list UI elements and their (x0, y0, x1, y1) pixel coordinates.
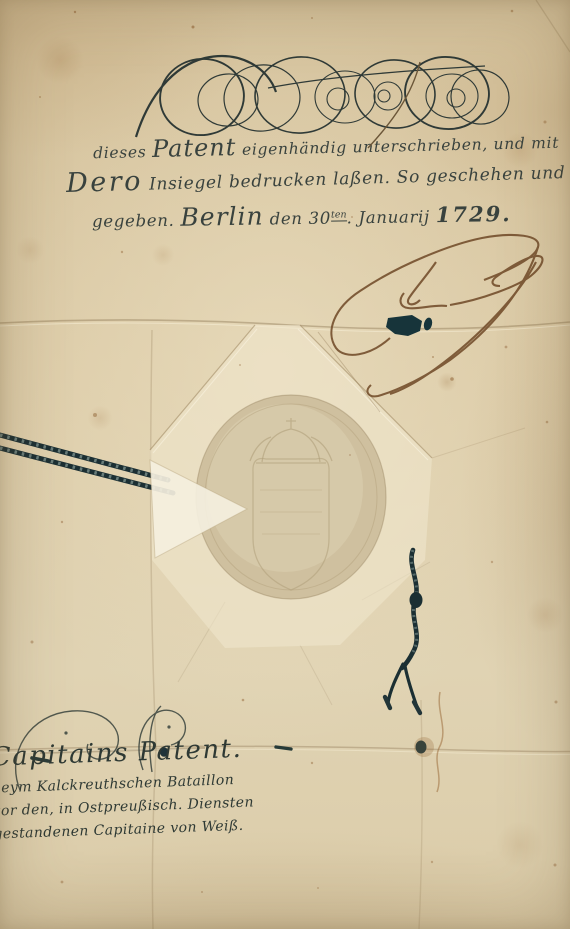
seal-paper-flap (150, 325, 432, 648)
fold-crease-horizontal-upper (0, 320, 570, 332)
line3-pre: gegeben. (92, 211, 181, 231)
line2-post: Insiegel bedrucken laßen. So geschehen u… (143, 163, 566, 195)
line3-post: . Januarij (346, 207, 436, 227)
line3-date: den 30 (264, 209, 332, 229)
docket-title: Capitains Patent. (0, 733, 252, 772)
body-text-line-3: gegeben. Berlin den 30ten. Januarij 1729… (92, 198, 512, 233)
seal-shield-emboss (253, 459, 329, 590)
line2-word-dero: Dero (66, 166, 144, 199)
docket-block: Capitains Patent. beym Kalckreuthschen B… (0, 733, 255, 846)
seal-crown-emboss (250, 418, 332, 463)
binding-cord-tassel (385, 550, 423, 713)
line1-word-patent: Patent (152, 133, 237, 163)
binding-cord-left (0, 435, 173, 493)
embossed-paper-seal (196, 395, 386, 599)
ink-blots (386, 315, 433, 336)
royal-signature (331, 235, 542, 396)
document-photo: dieses Patent eigenhändig unterschrieben… (0, 0, 570, 929)
line3-word-berlin: Berlin (180, 202, 264, 232)
line1-pre: dieses (93, 143, 152, 162)
seal-flap-wedge (150, 460, 247, 558)
line3-date-superscript: ten (331, 209, 347, 221)
line3-year: 1729. (436, 201, 512, 227)
